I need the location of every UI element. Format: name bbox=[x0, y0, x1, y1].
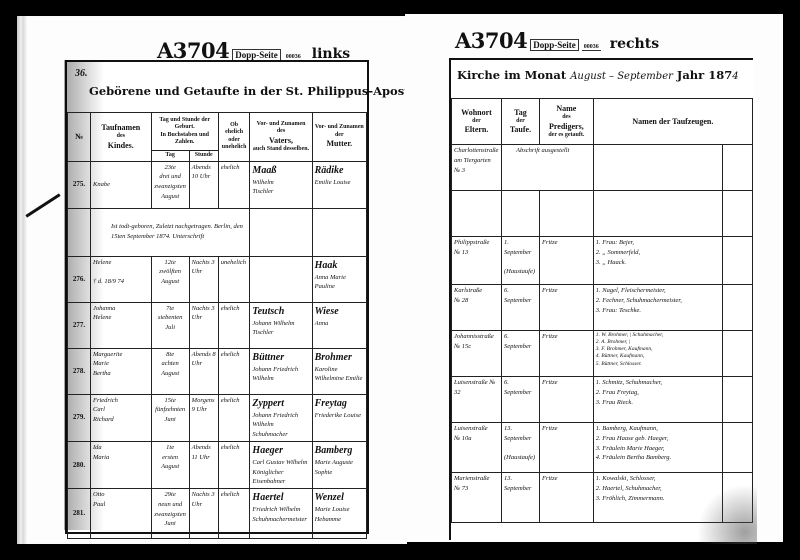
legitimacy: ehelich bbox=[218, 348, 250, 394]
mother: FreytagFriederike Louise bbox=[312, 394, 366, 441]
right-page: A3704 Dopp-Seite 00036 rechts Kirche im … bbox=[405, 14, 783, 542]
table-row: 281. OttoPaul 29teneun und zwanzigstenJu… bbox=[68, 489, 367, 539]
page-number: 36. bbox=[75, 68, 88, 79]
baptism-day: 6. September bbox=[501, 331, 539, 377]
stamp-number: 00036 bbox=[582, 44, 601, 51]
archive-id: A3704 bbox=[455, 28, 527, 53]
residence: Marienstraße№ 73 bbox=[452, 473, 502, 523]
father: HaertelFriedrich WilhelmSchuhmachermeist… bbox=[250, 489, 312, 539]
birth-day: 15tefünfzehntenJuni bbox=[151, 394, 189, 441]
register-sheet-left: 36. Gebörene und Getaufte in der St. Phi… bbox=[65, 60, 369, 534]
baptism-day: 6. September bbox=[501, 377, 539, 423]
register-title: Gebörene und Getaufte in der St. Philipp… bbox=[89, 84, 426, 98]
table-row: 277. JohannaHelene 7tesiebentenJuli Nach… bbox=[68, 302, 367, 348]
sponsors: 1. Schmitz, Schuhmacher,2. Frau Freytag,… bbox=[593, 377, 723, 423]
table-row: 275. Knabe 23tedrei und zwanzigstenAugus… bbox=[68, 161, 367, 208]
birth-day: 29teneun und zwanzigstenJuni bbox=[151, 489, 189, 539]
table-row: Luisenstraße № 32 6. September Fritze 1.… bbox=[452, 377, 753, 423]
col-preacher: NamedesPredigers,der es getauft. bbox=[539, 99, 593, 145]
child-name: IdaMaria bbox=[90, 441, 151, 488]
birth-hour: Abends 11 Uhr bbox=[189, 441, 218, 488]
residence: Philippstraße№ 13 bbox=[452, 237, 502, 285]
child-name: MargueriteMarieBertha bbox=[90, 348, 151, 394]
birth-hour: Nachts 3 Uhr bbox=[189, 489, 218, 539]
child-name: Knabe bbox=[90, 161, 151, 208]
birth-day: 1teerstenAugust bbox=[151, 441, 189, 488]
entry-number: 276. bbox=[68, 256, 91, 302]
table-row: Johannisstraße№ 15c 6. September Fritze … bbox=[452, 331, 753, 377]
col-baptism-day: TagderTaufe. bbox=[501, 99, 539, 145]
father: ZyppertJohann Friedrich WilhelmSchuhmach… bbox=[250, 394, 312, 441]
strike-mark bbox=[25, 193, 60, 217]
birth-day: 7tesiebentenJuli bbox=[151, 302, 189, 348]
mother: BambergMarie Auguste Sophie bbox=[312, 441, 366, 488]
stamp-label: Dopp-Seite bbox=[530, 39, 579, 51]
mother: WieseAnna bbox=[312, 302, 366, 348]
table-row: 278. MargueriteMarieBertha 8teachtenAugu… bbox=[68, 348, 367, 394]
col-birth-hour: Stunde bbox=[189, 151, 218, 162]
preacher: Fritze bbox=[539, 377, 593, 423]
remark-text: Ist todt-geboren, Zuletzt nachgetragen. … bbox=[90, 208, 249, 256]
birth-hour: Abends 10 Uhr bbox=[189, 161, 218, 208]
residence: Luisenstraße№ 10a bbox=[452, 423, 502, 473]
baptism-register-table: WohnortderEltern. TagderTaufe. NamedesPr… bbox=[451, 98, 753, 523]
mother: HaakAnna Marie Pauline bbox=[312, 256, 366, 302]
table-row bbox=[452, 191, 753, 237]
birth-register-table: № Taufnamen des Kindes. Tag und Stunde d… bbox=[67, 112, 367, 539]
father bbox=[250, 256, 312, 302]
father: MaaßWilhelmTischler bbox=[250, 161, 312, 208]
legitimacy: unehelich bbox=[218, 256, 250, 302]
baptism-day: 1. September(Haustaufe) bbox=[501, 237, 539, 285]
residence: Johannisstraße№ 15c bbox=[452, 331, 502, 377]
baptism-day: 13. September(Haustaufe) bbox=[501, 423, 539, 473]
father: TeutschJohann WilhelmTischler bbox=[250, 302, 312, 348]
birth-hour: Nachts 3 Uhr bbox=[189, 302, 218, 348]
legitimacy: ehelich bbox=[218, 441, 250, 488]
birth-day: 23tedrei und zwanzigstenAugust bbox=[151, 161, 189, 208]
table-row: 280. IdaMaria 1teerstenAugust Abends 11 … bbox=[68, 441, 367, 488]
register-sheet-right: Kirche im Monat August – September Jahr … bbox=[449, 58, 753, 540]
sponsors: 1. Nagel, Fleischermeister,2. Fechner, S… bbox=[593, 285, 723, 331]
table-row: Charlottenstraße am Tiergarten№ 3 Abschr… bbox=[452, 145, 753, 191]
residence: Karlstraße№ 28 bbox=[452, 285, 502, 331]
left-page: A3704 Dopp-Seite 00036 links 36. Gebören… bbox=[17, 16, 407, 544]
legitimacy: ehelich bbox=[218, 489, 250, 539]
col-birth-day: Tag bbox=[151, 151, 189, 162]
table-row: Luisenstraße№ 10a 13. September(Haustauf… bbox=[452, 423, 753, 473]
sponsors: 1. Frau: Bejer,2. „ Sommerfeld,3. „ Haac… bbox=[593, 237, 723, 285]
col-child-name: Taufnamen des Kindes. bbox=[90, 113, 151, 162]
stamp-side: rechts bbox=[610, 36, 659, 52]
preacher: Fritze bbox=[539, 423, 593, 473]
entry-number: 281. bbox=[68, 489, 91, 539]
child-name: Helene† d. 18/9 74 bbox=[90, 256, 151, 302]
residence: Luisenstraße № 32 bbox=[452, 377, 502, 423]
baptism-day: 6. September bbox=[501, 285, 539, 331]
mother: BrohmerKaroline Wilhelmine Emilie bbox=[312, 348, 366, 394]
legitimacy: ehelich bbox=[218, 302, 250, 348]
child-name: FriedrichCarlRichard bbox=[90, 394, 151, 441]
sponsors: 1. W. Brohmer, | Schuhmacher,2. A. Brohm… bbox=[593, 331, 723, 377]
paper-stain bbox=[697, 484, 757, 544]
legitimacy: ehelich bbox=[218, 394, 250, 441]
table-row: 279. FriedrichCarlRichard 15tefünfzehnte… bbox=[68, 394, 367, 441]
birth-hour: Nachts 3 Uhr bbox=[189, 256, 218, 302]
col-sponsors: Namen der Taufzeugen. bbox=[593, 99, 752, 145]
col-birth: Tag und Stunde der Geburt. In Buchstaben… bbox=[151, 113, 218, 151]
birth-day: 8teachtenAugust bbox=[151, 348, 189, 394]
col-residence: WohnortderEltern. bbox=[452, 99, 502, 145]
table-row: Philippstraße№ 13 1. September(Haustaufe… bbox=[452, 237, 753, 285]
sponsors: 1. Bamberg, Kaufmann,2. Frau Haase geb. … bbox=[593, 423, 723, 473]
birth-day: 12tezwölftenAugust bbox=[151, 256, 189, 302]
table-row-remark: Ist todt-geboren, Zuletzt nachgetragen. … bbox=[68, 208, 367, 256]
father: BüttnerJohann Friedrich Wilhelm bbox=[250, 348, 312, 394]
entry-number: 279. bbox=[68, 394, 91, 441]
archive-stamp-right: A3704 Dopp-Seite 00036 rechts bbox=[455, 28, 659, 53]
remark-text: Abschrift ausgestellt bbox=[501, 145, 593, 191]
birth-hour: Abends 8 Uhr bbox=[189, 348, 218, 394]
birth-hour: Morgens 9 Uhr bbox=[189, 394, 218, 441]
col-mother: Vor- und Zunamen der Mutter. bbox=[312, 113, 366, 162]
preacher: Fritze bbox=[539, 285, 593, 331]
child-name: OttoPaul bbox=[90, 489, 151, 539]
preacher: Fritze bbox=[539, 331, 593, 377]
entry-number: 275. bbox=[68, 161, 91, 208]
mother: WenzelMarie LouiseHebamme bbox=[312, 489, 366, 539]
preacher: Fritze bbox=[539, 237, 593, 285]
register-title-right: Kirche im Monat August – September Jahr … bbox=[457, 68, 739, 82]
child-name: JohannaHelene bbox=[90, 302, 151, 348]
father: HaegerCarl Gustav WilhelmKöniglicher Eis… bbox=[250, 441, 312, 488]
mother: RädikeEmilie Louise bbox=[312, 161, 366, 208]
entry-number: 277. bbox=[68, 302, 91, 348]
table-row: 276. Helene† d. 18/9 74 12tezwölftenAugu… bbox=[68, 256, 367, 302]
preacher: Fritze bbox=[539, 473, 593, 523]
col-father: Vor- und Zunamen des Vaters, auch Stand … bbox=[250, 113, 312, 162]
entry-number: 280. bbox=[68, 441, 91, 488]
table-row: Karlstraße№ 28 6. September Fritze 1. Na… bbox=[452, 285, 753, 331]
col-nr: № bbox=[68, 113, 91, 162]
entry-number: 278. bbox=[68, 348, 91, 394]
residence: Charlottenstraße am Tiergarten№ 3 bbox=[452, 145, 502, 191]
col-legitimacy: Ob ehelich oder unehelich bbox=[218, 113, 250, 162]
baptism-day: 13. September bbox=[501, 473, 539, 523]
legitimacy: ehelich bbox=[218, 161, 250, 208]
